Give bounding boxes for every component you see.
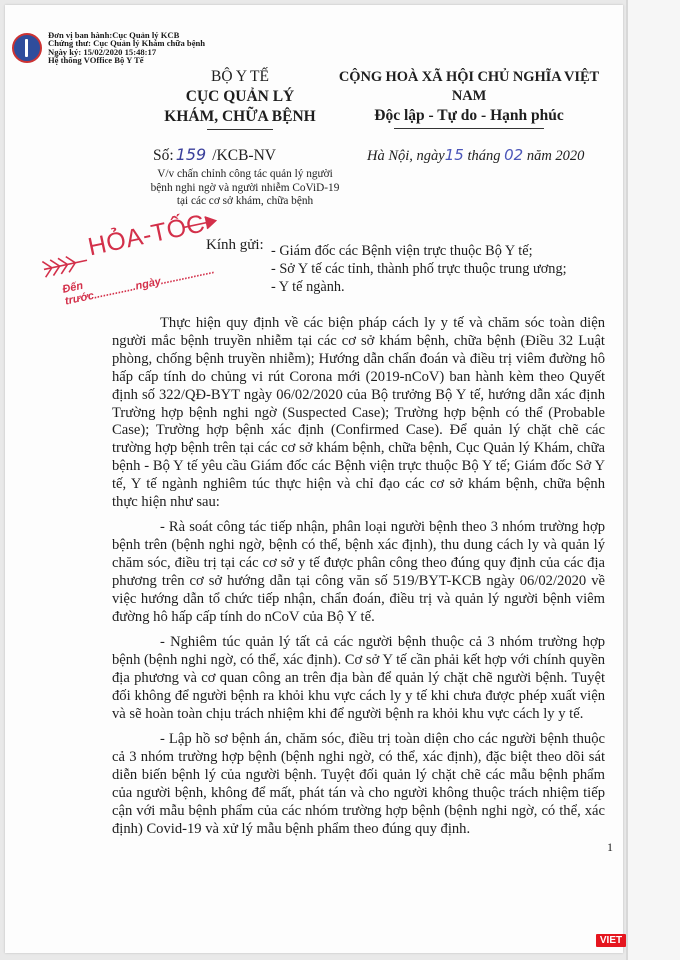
document-page: Đơn vị ban hành:Cục Quản lý KCB Chứng th… <box>5 5 623 953</box>
recipients-list: - Giám đốc các Bệnh viện trực thuộc Bộ Y… <box>271 242 567 296</box>
page-number: 1 <box>607 840 613 855</box>
adjacent-page-edge <box>626 0 680 960</box>
document-subject: V/v chấn chỉnh công tác quản lý người bệ… <box>145 168 345 209</box>
ministry-emblem-icon <box>12 33 42 63</box>
urgent-stamp: HỎA-TỐC Đến trước..............ngày.....… <box>33 197 235 315</box>
handwritten-day: 15 <box>445 146 464 164</box>
digital-signature-block: Đơn vị ban hành:Cục Quản lý KCB Chứng th… <box>12 31 205 65</box>
recipients-label: Kính gửi: <box>206 237 264 254</box>
date-prefix: Hà Nội, ngày <box>367 148 445 164</box>
body-paragraph: - Nghiêm túc quản lý tất cả các người bệ… <box>112 634 605 724</box>
body-paragraph: - Lập hồ sơ bệnh án, chăm sóc, điều trị … <box>112 731 605 838</box>
motto: Độc lập - Tự do - Hạnh phúc <box>323 106 615 126</box>
issuing-agency: BỘ Y TẾ CỤC QUẢN LÝ KHÁM, CHỮA BỆNH <box>145 67 335 130</box>
divider <box>394 128 544 129</box>
handwritten-month: 02 <box>504 146 523 164</box>
national-header: CỘNG HOÀ XÃ HỘI CHỦ NGHĨA VIỆT NAM Độc l… <box>323 68 615 129</box>
recipient-item: - Y tế ngành. <box>271 278 567 296</box>
nation-name: CỘNG HOÀ XÃ HỘI CHỦ NGHĨA VIỆT NAM <box>323 68 615 106</box>
number-suffix: /KCB-NV <box>212 147 276 164</box>
document-body: Thực hiện quy định về các biện pháp cách… <box>112 315 605 846</box>
body-paragraph: Thực hiện quy định về các biện pháp cách… <box>112 315 605 512</box>
document-number: Số:159/KCB-NV <box>153 145 276 165</box>
year-label: năm 2020 <box>527 148 585 164</box>
body-paragraph: - Rà soát công tác tiếp nhận, phân loại … <box>112 519 605 626</box>
watermark-logo: VIET <box>596 934 626 947</box>
recipient-item: - Giám đốc các Bệnh viện trực thuộc Bộ Y… <box>271 242 567 260</box>
department-line-1: CỤC QUẢN LÝ <box>145 87 335 107</box>
department-line-2: KHÁM, CHỮA BỆNH <box>145 107 335 127</box>
number-label: Số: <box>153 147 174 164</box>
month-label: tháng <box>467 148 500 164</box>
signature-line: Hệ thống VOffice Bộ Y Tế <box>48 56 205 64</box>
recipient-item: - Sở Y tế các tỉnh, thành phố trực thuộc… <box>271 260 567 278</box>
handwritten-number: 159 <box>176 145 207 164</box>
ministry-name: BỘ Y TẾ <box>145 67 335 87</box>
issue-date: Hà Nội, ngày15 tháng 02 năm 2020 <box>367 146 584 165</box>
divider <box>207 129 273 130</box>
